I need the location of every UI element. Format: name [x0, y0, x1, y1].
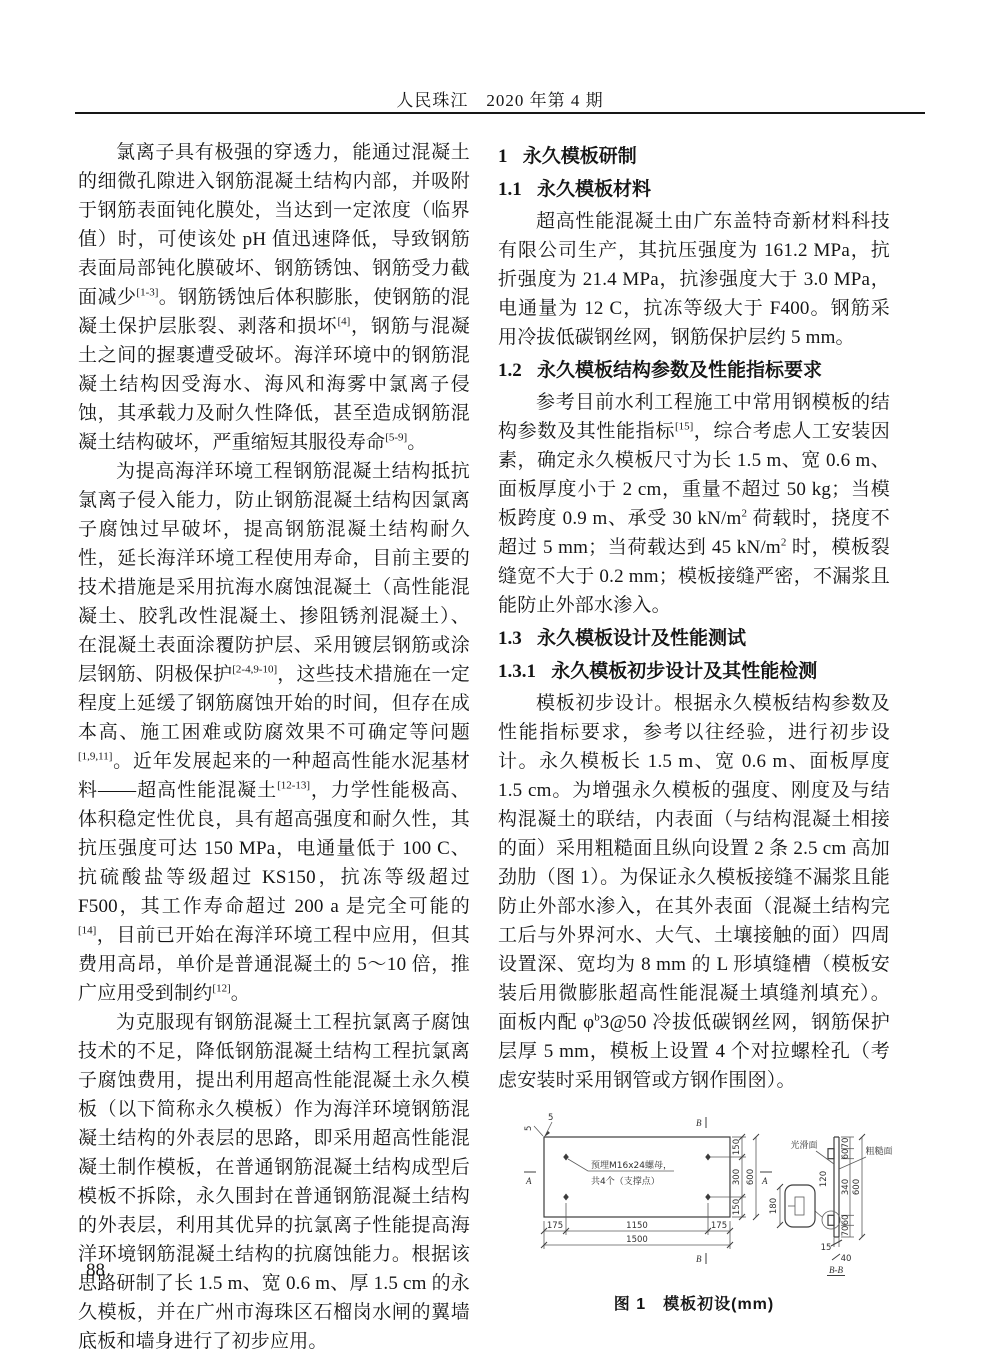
bolt-hole-icon — [563, 1194, 569, 1201]
bolt-hole-icon — [705, 1194, 711, 1201]
detail-rib-profile — [795, 1197, 804, 1215]
plan-note-line2: 共4个（支撑点） — [591, 1175, 660, 1187]
section-b-label-bottom: B — [696, 1254, 702, 1264]
dim-60-top: 60 — [841, 1149, 851, 1160]
paragraph-intro-chloride: 氯离子具有极强的穿透力，能通过混凝土的细微孔隙进入钢筋混凝土结构内部，并吸附于钢… — [78, 138, 470, 457]
figure-1-caption: 图 1 模板初设(mm) — [498, 1291, 890, 1314]
detail-leader — [815, 1211, 822, 1217]
heading-number: 1.3.1 — [498, 661, 536, 682]
dim-150-bottom: 150 — [732, 1199, 742, 1215]
section-heading-1: 1永久模板研制 — [498, 142, 890, 171]
dim-600-section: 600 — [852, 1179, 862, 1195]
dim-70-bottom: 70 — [841, 1226, 851, 1237]
dim-70-top: 70 — [841, 1138, 851, 1149]
plan-note-line1: 预埋M16x24螺母， — [591, 1159, 672, 1171]
journal-header: 人民珠江 2020 年第 4 期 — [0, 86, 1000, 111]
journal-page: 人民珠江 2020 年第 4 期 氯离子具有极强的穿透力，能通过混凝土的细微孔隙… — [0, 0, 1000, 1357]
left-column: 氯离子具有极强的穿透力，能通过混凝土的细微孔隙进入钢筋混凝土结构内部，并吸附于钢… — [78, 138, 470, 1356]
heading-number: 1.1 — [498, 179, 522, 200]
heading-number: 1.2 — [498, 360, 522, 381]
dim-600-plan: 600 — [746, 1169, 756, 1185]
section-bb-title: B-B — [829, 1265, 843, 1275]
dim-40: 40 — [841, 1254, 852, 1264]
two-column-body: 氯离子具有极强的穿透力，能通过混凝土的细微孔隙进入钢筋混凝土结构内部，并吸附于钢… — [78, 138, 890, 1356]
plan-view: 预埋M16x24螺母， 共4个（支撑点） 5 5 A A B — [524, 1113, 772, 1264]
dim-340: 340 — [841, 1179, 851, 1195]
detail-circle — [822, 1211, 840, 1229]
right-column: 1永久模板研制 1.1永久模板材料 超高性能混凝土由广东盖特奇新材料科技有限公司… — [498, 138, 890, 1356]
rough-face-label: 粗糙面 — [865, 1145, 892, 1157]
chamfer-dim-top: 5 — [548, 1113, 553, 1123]
dim-120: 120 — [819, 1171, 829, 1187]
heading-title: 永久模板设计及性能测试 — [537, 628, 746, 649]
section-heading-1-3-1: 1.3.1永久模板初步设计及其性能检测 — [498, 657, 890, 686]
dim-150-top: 150 — [732, 1139, 742, 1155]
heading-number: 1 — [498, 146, 508, 167]
dim-180: 180 — [769, 1198, 779, 1214]
dim-tick — [831, 1240, 842, 1246]
paragraph-proposal: 为克服现有钢筋混凝土工程抗氯离子腐蚀技术的不足，降低钢筋混凝土结构工程抗氯离子腐… — [78, 1008, 470, 1356]
section-a-label-left: A — [525, 1176, 532, 1186]
dim-175-right: 175 — [711, 1221, 727, 1231]
figure-1-template-drawing: 预埋M16x24螺母， 共4个（支撑点） 5 5 A A B — [498, 1109, 902, 1279]
heading-title: 永久模板结构参数及性能指标要求 — [537, 360, 822, 381]
heading-number: 1.3 — [498, 628, 522, 649]
section-b-label-top: B — [696, 1118, 702, 1128]
chamfer-dim-left: 5 — [524, 1126, 534, 1131]
dim-tick — [832, 1254, 840, 1260]
dim-300: 300 — [732, 1169, 742, 1185]
heading-title: 永久模板材料 — [537, 179, 651, 200]
smooth-face-label: 光滑面 — [790, 1139, 817, 1151]
heading-title: 永久模板初步设计及其性能检测 — [551, 661, 817, 682]
paragraph-measures: 为提高海洋环境工程钢筋混凝土结构抵抗氯离子侵入能力，防止钢筋混凝土结构因氯离子腐… — [78, 457, 470, 1008]
page-number: 88 — [86, 1260, 105, 1282]
dim-60-bottom: 60 — [841, 1215, 851, 1226]
chamfer-leader2 — [534, 1126, 543, 1136]
dim-175-left: 175 — [547, 1221, 563, 1231]
section-view: 180 光滑面 粗糙面 120 70 — [769, 1134, 893, 1276]
dim-15: 15 — [821, 1243, 832, 1253]
label-leader — [816, 1151, 834, 1164]
bolt-hole-icon — [705, 1154, 711, 1161]
stiffening-rib — [828, 1215, 834, 1225]
section-a-label-right: A — [761, 1176, 768, 1186]
dim-1150: 1150 — [626, 1221, 648, 1231]
section-heading-1-2: 1.2永久模板结构参数及性能指标要求 — [498, 356, 890, 385]
header-rule — [75, 112, 925, 114]
section-heading-1-1: 1.1永久模板材料 — [498, 175, 890, 204]
paragraph-initial-design: 模板初步设计。根据永久模板结构参数及性能指标要求，参考以往经验，进行初步设计。永… — [498, 689, 890, 1095]
paragraph-parameters: 参考目前水利工程施工中常用钢模板的结构参数及其性能指标[15]，综合考虑人工安装… — [498, 388, 890, 620]
bolt-hole-icon — [563, 1154, 569, 1161]
stiffening-rib — [828, 1149, 834, 1159]
dim-1500: 1500 — [626, 1235, 648, 1245]
heading-title: 永久模板研制 — [523, 146, 637, 167]
paragraph-material: 超高性能混凝土由广东盖特奇新材料科技有限公司生产，其抗压强度为 161.2 MP… — [498, 207, 890, 352]
section-heading-1-3: 1.3永久模板设计及性能测试 — [498, 624, 890, 653]
